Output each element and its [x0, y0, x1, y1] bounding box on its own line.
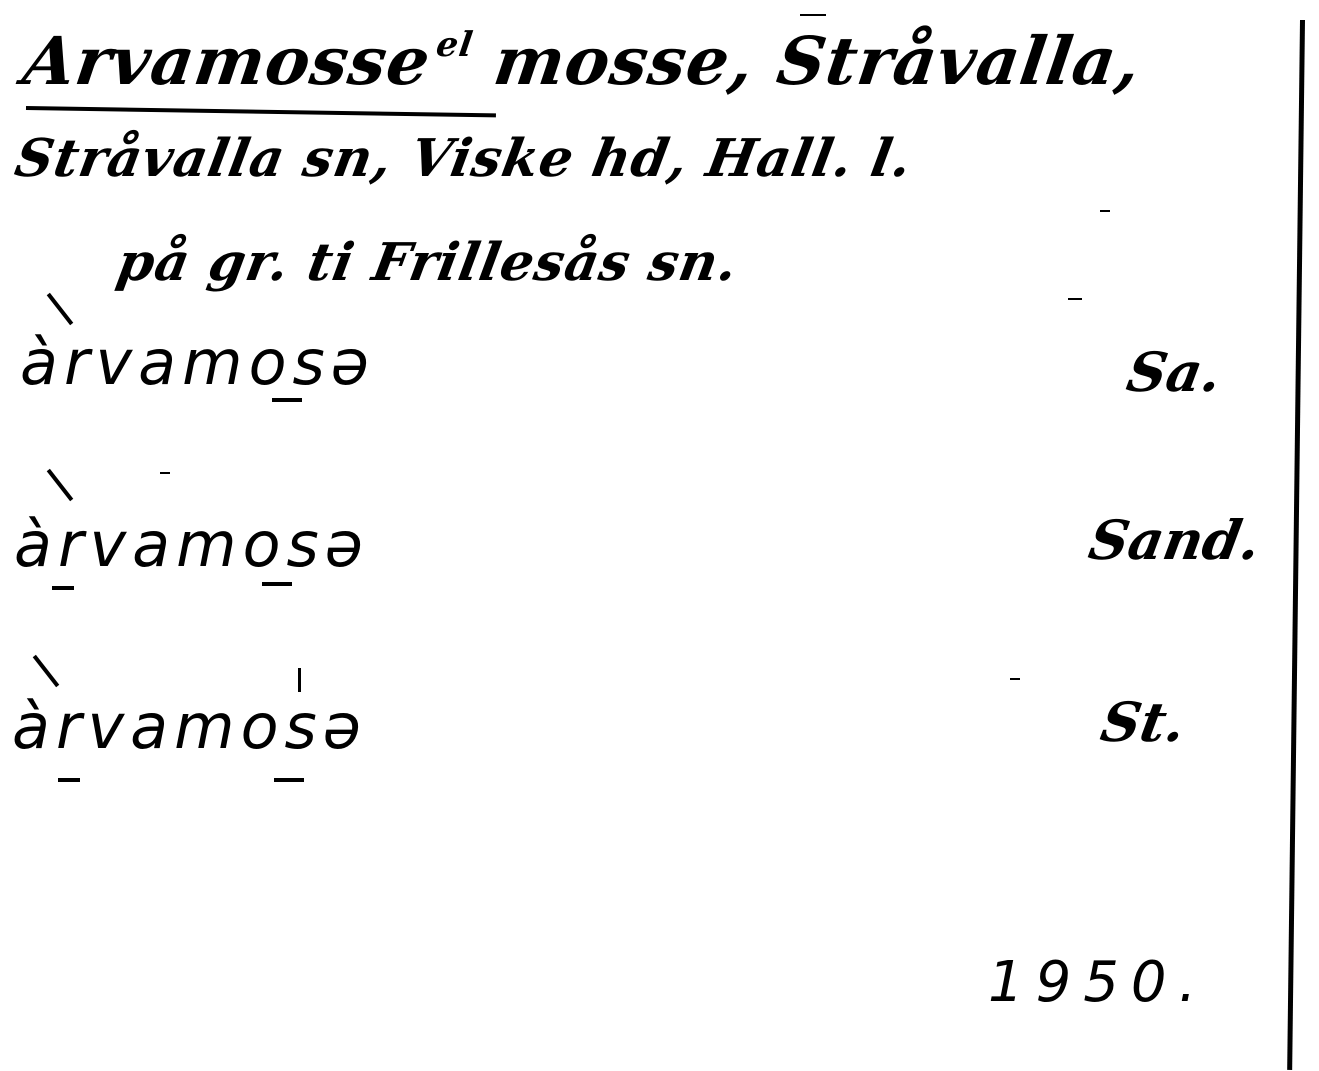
pronunciation-entry: àrvamosə	[14, 508, 369, 581]
headword-variant: mosse, Stråvalla,	[489, 22, 1146, 100]
card-header-line: Arvamosseel mosse, Stråvalla,	[19, 22, 1147, 100]
grave-accent-mark	[47, 469, 74, 501]
underline-mark	[274, 778, 304, 782]
year-label: 1950.	[988, 950, 1208, 1015]
headword: Arvamosse	[19, 22, 436, 100]
grave-accent-mark	[33, 655, 60, 687]
headword-underline	[26, 106, 496, 117]
card-edge-rule	[1287, 20, 1305, 1070]
location-line-2: på gr. ti Frillesås sn.	[113, 232, 743, 293]
archive-card: Arvamosseel mosse, Stråvalla, Stråvalla …	[0, 0, 1319, 1071]
scan-speck	[800, 14, 826, 16]
location-line-1: Stråvalla sn, Viske hd, Hall. l.	[11, 128, 917, 189]
scan-speck	[1068, 298, 1082, 300]
grave-accent-mark	[47, 293, 74, 325]
headword-superscript: el	[434, 25, 476, 65]
scan-speck	[160, 472, 170, 474]
underline-mark	[58, 778, 80, 782]
underline-mark	[52, 586, 74, 590]
stress-tick-mark	[298, 668, 301, 692]
source-abbreviation: St.	[1096, 690, 1190, 754]
pronunciation-entry: àrvamosə	[20, 326, 375, 399]
underline-mark	[272, 398, 302, 402]
scan-speck	[1100, 210, 1110, 212]
underline-mark	[262, 582, 292, 586]
scan-speck	[1010, 678, 1020, 680]
source-abbreviation: Sa.	[1122, 340, 1226, 404]
source-abbreviation: Sand.	[1084, 508, 1265, 572]
pronunciation-entry: àrvamosə	[12, 690, 367, 763]
